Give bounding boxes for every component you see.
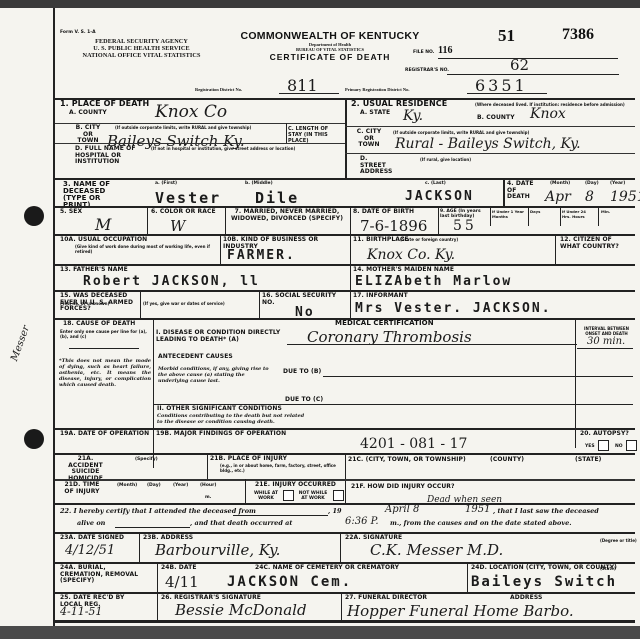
- attended-to-value: April 8: [385, 504, 419, 515]
- time-hour: (Hour): [200, 483, 216, 488]
- date-signed-value: 4/12/51: [65, 543, 115, 558]
- divider: [340, 532, 341, 562]
- divider: [350, 206, 351, 234]
- res-street-hint: (If rural, give location): [420, 157, 471, 162]
- time-month: (Month): [117, 483, 137, 488]
- last-label: c. (Last): [425, 181, 446, 186]
- year-value: 1951: [465, 504, 490, 515]
- burial-date-value: 4/11: [165, 573, 199, 591]
- registration-district-line: [279, 93, 339, 94]
- injury-city-label: 21c. (CITY, TOWN, OR TOWNSHIP): [348, 457, 466, 464]
- autopsy-label: 20. AUTOPSY?: [580, 431, 629, 438]
- registrar-sig-value: Bessie McDonald: [175, 601, 307, 619]
- cemetery-label: 24c. NAME OF CEMETERY OR CREMATORY: [255, 565, 399, 572]
- cert-text-1: 22. I hereby certify that I attended the…: [60, 508, 256, 516]
- part1-label: I. DISEASE OR CONDITION DIRECTLY LEADING…: [156, 330, 286, 343]
- sex-value: M: [95, 215, 111, 234]
- rule: [55, 143, 345, 144]
- divider: [225, 206, 226, 234]
- rule: [577, 348, 633, 349]
- dob-value: 7-6-1896: [360, 217, 427, 235]
- not-while-at-work-checkbox[interactable]: [333, 490, 344, 501]
- stamp-number: 7386: [562, 26, 594, 44]
- age-value: 55: [453, 218, 477, 234]
- death-certificate-form: Form V. S. 1-A FEDERAL SECURITY AGENCY U…: [53, 8, 640, 634]
- funeral-value: Hopper Funeral Home Barbo.: [347, 602, 574, 620]
- res-city-hint: (If outside corporate limits, write RURA…: [393, 130, 529, 135]
- age-min-label: Min.: [601, 209, 631, 214]
- row-divider: [55, 479, 635, 481]
- funeral-address-label: ADDRESS: [510, 595, 542, 602]
- antecedent-hint: Morbid conditions, if any, giving rise t…: [158, 366, 273, 384]
- autopsy-no-checkbox[interactable]: [626, 440, 637, 451]
- rule: [287, 344, 577, 345]
- middle-name-value: Dile: [255, 189, 299, 207]
- dod-month-value: Apr: [545, 189, 571, 205]
- autopsy-yes-checkbox[interactable]: [598, 440, 609, 451]
- divider: [153, 318, 154, 468]
- autopsy-yes-label: YES: [585, 444, 595, 449]
- title-block: COMMONWEALTH OF KENTUCKY Department of H…: [230, 30, 430, 62]
- registrar-no-value: 62: [510, 56, 529, 74]
- middle-label: b. (Middle): [245, 181, 273, 186]
- divider: [598, 206, 599, 226]
- burial-label: 24a. BURIAL, CREMATION, REMOVAL (Specify…: [60, 565, 140, 585]
- place-of-injury-label: 21b. PLACE OF INJURY: [210, 456, 340, 463]
- primary-district-line: [467, 93, 547, 94]
- registration-district-label: Registration District No.: [195, 87, 242, 92]
- res-county-value: Knox: [530, 106, 566, 122]
- part2-hint: Conditions contributing to the death but…: [157, 413, 307, 425]
- divider: [467, 562, 468, 592]
- primary-district-label: Primary Registration District No.: [345, 87, 409, 92]
- citizen-label: 12. CITIZEN OF WHAT COUNTRY?: [560, 237, 630, 250]
- marital-label: 7. MARRIED, NEVER MARRIED, WIDOWED, DIVO…: [227, 209, 347, 222]
- signature-value: C.K. Messer M.D.: [370, 541, 503, 559]
- pod-city-hint: (If outside corporate limits, write RURA…: [115, 125, 285, 130]
- form-number: Form V. S. 1-A: [60, 30, 96, 35]
- divider: [350, 290, 351, 318]
- section-divider: [55, 178, 635, 180]
- dod-year-label: (Year): [610, 181, 625, 186]
- divider: [220, 234, 221, 264]
- file-no-value: 116: [438, 45, 452, 56]
- burial-date-label: 24b. DATE: [161, 565, 197, 572]
- pod-hospital-hint: (If not in hospital or institution, give…: [151, 146, 341, 151]
- pod-hospital-label: d. FULL NAME OF HOSPITAL OR INSTITUTION: [75, 146, 150, 166]
- date-recd-value: 4-11-51: [60, 605, 102, 618]
- time-value: 6:36 P.: [345, 516, 379, 527]
- time-m: m.: [205, 495, 211, 500]
- res-city-label: c. CITY OR TOWN: [355, 129, 383, 149]
- row-divider: [55, 290, 635, 292]
- certificate-title: CERTIFICATE OF DEATH: [230, 52, 430, 62]
- certificate-page: Messer Form V. S. 1-A FEDERAL SECURITY A…: [0, 8, 640, 626]
- operation-date-label: 19a. DATE OF OPERATION: [60, 431, 152, 438]
- accident-specify: (Specify): [135, 457, 158, 462]
- cert-text-m: m., from the causes and on the date stat…: [390, 520, 572, 528]
- location-label: 24d. LOCATION (City, town, or county): [471, 565, 617, 572]
- address-value: Barbourville, Ky.: [155, 541, 280, 559]
- divider: [350, 234, 351, 264]
- time-of-injury-label: 21d. TIME OF INJURY: [63, 482, 101, 495]
- informant-label: 17. INFORMANT: [353, 293, 408, 300]
- occupation-hint: (Give kind of work done during most of w…: [75, 244, 215, 254]
- usual-residence-title: 2. USUAL RESIDENCE: [351, 101, 447, 108]
- divider: [157, 562, 158, 620]
- mother-label: 14. MOTHER'S MAIDEN NAME: [353, 267, 454, 274]
- row-divider: [55, 503, 635, 505]
- agency-block: FEDERAL SECURITY AGENCY U. S. PUBLIC HEA…: [59, 38, 224, 59]
- cause-title: 18. CAUSE OF DEATH: [63, 321, 135, 328]
- registrar-no-label: REGISTRAR'S NO.: [405, 68, 449, 73]
- interval-label: INTERVAL BETWEEN ONSET AND DEATH: [579, 326, 634, 336]
- divider: [139, 532, 140, 562]
- rule: [345, 126, 635, 127]
- scan-bottom-edge: [0, 626, 640, 639]
- injury-state-label: (STATE): [575, 457, 602, 464]
- stamp-year: 51: [498, 26, 515, 46]
- mother-value: ELIZAbeth Marlow: [355, 274, 512, 289]
- punch-hole-icon: [24, 429, 44, 449]
- cert-last-saw: , that I last saw the deceased: [493, 508, 599, 516]
- color-value: W: [170, 217, 185, 235]
- while-at-work-label: WHILE AT WORK: [250, 491, 282, 501]
- sex-label: 5. SEX: [60, 209, 82, 216]
- res-state-label: a. STATE: [360, 110, 390, 117]
- how-injury-label: 21f. HOW DID INJURY OCCUR?: [351, 484, 455, 491]
- divider: [341, 592, 342, 620]
- cause-instructions: Enter only one cause per line for (a), (…: [60, 329, 148, 339]
- res-county-label: b. COUNTY: [477, 115, 515, 122]
- divider: [345, 98, 347, 178]
- birthplace-hint: (State or foreign country): [400, 237, 458, 242]
- rule: [69, 348, 139, 349]
- res-city-value: Rural - Baileys Switch, Ky.: [395, 136, 581, 152]
- dod-day-label: (Day): [585, 181, 599, 186]
- injury-occurred-label: 21e. INJURY OCCURRED: [255, 482, 336, 489]
- age-hours-label: If Under 24 Hrs. Hours: [562, 209, 596, 219]
- form-bottom-border: [55, 620, 635, 623]
- interval-value: 30 min.: [587, 336, 625, 347]
- cert-text-19: , 19: [328, 508, 342, 516]
- pod-city-label: b. CITY OR TOWN: [73, 125, 103, 145]
- divider: [207, 453, 208, 479]
- divider: [503, 178, 505, 206]
- pod-county-label: a. COUNTY: [69, 110, 107, 117]
- row-divider: [55, 264, 635, 266]
- commonwealth-title: COMMONWEALTH OF KENTUCKY: [230, 30, 430, 42]
- armed-forces-hint-a: (Yes, no, or unknown): [60, 301, 109, 306]
- location-value: Baileys Switch: [471, 574, 617, 590]
- divider: [560, 206, 561, 226]
- findings-label: 19b. MAJOR FINDINGS OF OPERATION: [156, 431, 286, 438]
- medical-certification: MEDICAL CERTIFICATION: [335, 320, 434, 327]
- divider: [286, 123, 287, 143]
- cert-alive-on: alive on: [77, 520, 105, 528]
- rule: [233, 515, 328, 516]
- place-of-injury-hint: (e.g., in or about home, farm, factory, …: [220, 463, 345, 473]
- divider: [345, 453, 346, 503]
- first-name-value: Vester: [155, 189, 221, 207]
- time-year: (Year): [173, 483, 188, 488]
- first-label: a. (First): [155, 181, 177, 186]
- divider: [140, 290, 141, 318]
- father-label: 13. FATHER'S NAME: [60, 267, 128, 274]
- findings-value: 4201 - 081 - 17: [360, 436, 467, 452]
- part2-label: II. OTHER SIGNIFICANT CONDITIONS: [157, 406, 282, 413]
- cause-footnote: *This does not mean the mode of dying, s…: [59, 358, 151, 388]
- not-while-at-work-label: NOT WHILE AT WORK: [295, 491, 331, 501]
- divider: [490, 206, 491, 226]
- name-label: 3. NAME OF DECEASED (Type or Print): [63, 181, 113, 209]
- divider: [259, 290, 260, 318]
- row-divider: [55, 206, 635, 208]
- registrar-no-line: [447, 74, 619, 75]
- place-of-death-title: 1. PLACE OF DEATH: [60, 101, 149, 108]
- dob-label: 8. DATE OF BIRTH: [353, 209, 414, 216]
- punch-hole-icon: [24, 206, 44, 226]
- armed-forces-hint-b: (If yes, give war or dates of service): [143, 301, 225, 306]
- divider: [555, 234, 556, 264]
- occupation-label: 10a. USUAL OCCUPATION: [60, 237, 147, 244]
- res-state-value: Ky.: [403, 108, 423, 124]
- autopsy-no-label: NO: [615, 444, 623, 449]
- margin-note: Messer: [9, 324, 32, 363]
- last-name-value: JACKSON: [405, 189, 474, 204]
- while-at-work-checkbox[interactable]: [283, 490, 294, 501]
- rule: [345, 153, 635, 154]
- location-state: (State): [600, 566, 616, 571]
- divider: [350, 264, 351, 290]
- dod-month-label: (Month): [550, 181, 570, 186]
- age-months-label: If Under 1 Year Months: [492, 209, 526, 219]
- birthplace-value: Knox Co. Ky.: [367, 247, 455, 263]
- rule: [115, 527, 190, 528]
- agency-line-1: FEDERAL SECURITY AGENCY: [59, 38, 224, 45]
- cemetery-value: JACKSON Cem.: [227, 574, 352, 590]
- business-value: FARMER.: [227, 248, 296, 263]
- divider: [245, 479, 246, 503]
- divider: [147, 206, 148, 234]
- antecedent-label: ANTECEDENT CAUSES: [158, 354, 233, 361]
- rule: [323, 376, 633, 377]
- age-days-label: Days: [530, 209, 558, 214]
- pod-county-value: Knox Co: [155, 102, 227, 122]
- scan-top-edge: [0, 0, 640, 8]
- agency-line-2: U. S. PUBLIC HEALTH SERVICE: [59, 45, 224, 52]
- injury-county-label: (COUNTY): [490, 457, 524, 464]
- date-of-death-label: 4. DATE OF DEATH: [507, 181, 537, 201]
- father-value: Robert JACKSON, ll: [83, 274, 260, 289]
- res-street-label: d. STREET ADDRESS: [360, 156, 390, 176]
- due-to-b: DUE TO (b): [283, 369, 321, 376]
- informant-value: Mrs Vester. JACKSON.: [355, 301, 552, 316]
- signature-hint: (Degree or title): [600, 538, 637, 543]
- dod-year-value: 1951: [610, 189, 640, 205]
- divider: [528, 206, 529, 226]
- cert-death-occurred: , and that death occurred at: [190, 520, 292, 528]
- funeral-label: 27. FUNERAL DIRECTOR: [345, 595, 427, 602]
- pod-stay-label: c. LENGTH OF STAY (in this place): [288, 126, 344, 144]
- divider: [438, 206, 439, 234]
- color-label: 6. COLOR OR RACE: [151, 209, 216, 216]
- dod-day-value: 8: [585, 189, 594, 205]
- time-day: (Day): [147, 483, 161, 488]
- agency-line-3: NATIONAL OFFICE VITAL STATISTICS: [59, 52, 224, 59]
- due-to-c: DUE TO (c): [285, 397, 323, 404]
- date-signed-label: 23a. DATE SIGNED: [60, 535, 124, 542]
- file-no-label: FILE NO.: [413, 50, 434, 55]
